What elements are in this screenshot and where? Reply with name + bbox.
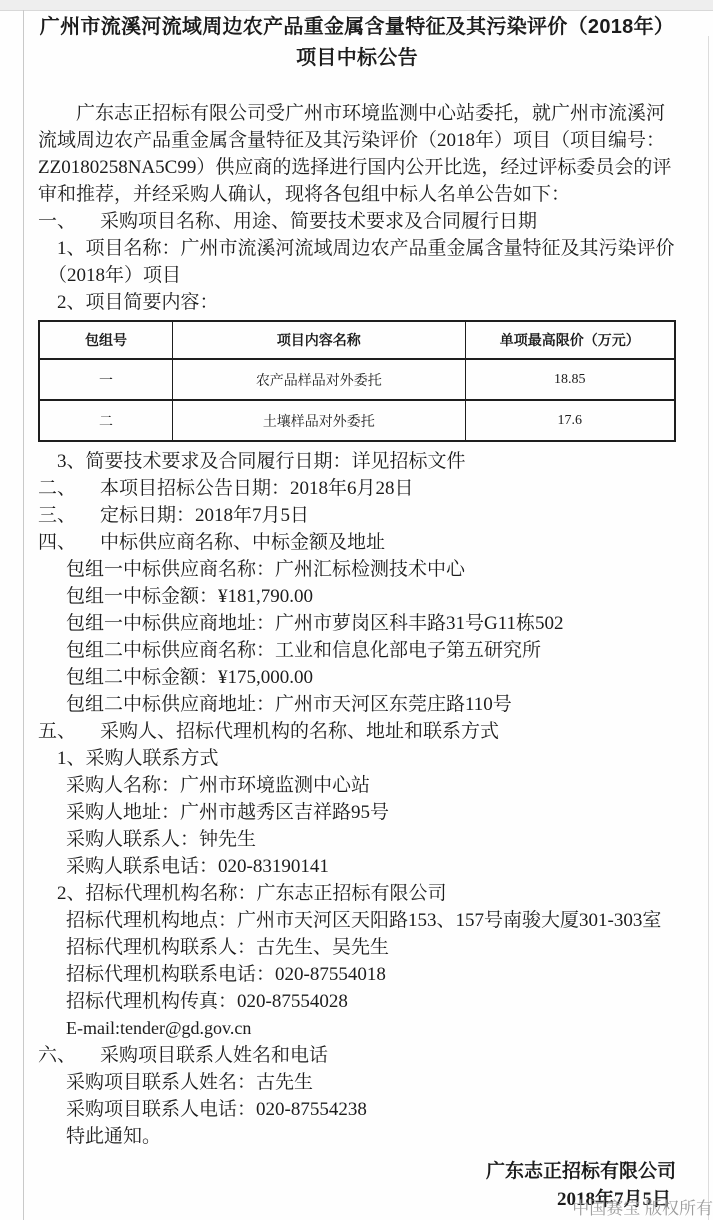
purchaser-subheading: 1、采购人联系方式 [38,745,676,772]
project-contact-name: 采购项目联系人姓名：古先生 [38,1069,676,1096]
award-pkg1-supplier-name: 包组一中标供应商名称：广州汇标检测技术中心 [38,556,676,583]
section-5-number: 五、 [38,718,100,745]
agency-address: 招标代理机构地点：广州市天河区天阳路153、157号南骏大厦301-303室 [38,907,676,934]
section-3-heading: 三、定标日期：2018年7月5日 [38,502,676,529]
table-cell-content-name: 农产品样品对外委托 [173,359,466,400]
agency-fax: 招标代理机构传真：020-87554028 [38,988,676,1015]
table-header-row: 包组号 项目内容名称 单项最高限价（万元） [39,321,675,359]
section-2-heading: 二、本项目招标公告日期：2018年6月28日 [38,475,676,502]
award-pkg1-amount: 包组一中标金额：¥181,790.00 [38,583,676,610]
table-cell-package-no: 一 [39,359,173,400]
section-6-heading: 六、采购项目联系人姓名和电话 [38,1042,676,1069]
section-2-number: 二、 [38,475,100,502]
notice-line: 特此通知。 [38,1123,676,1150]
purchaser-contact-person: 采购人联系人：钟先生 [38,826,676,853]
section-4-number: 四、 [38,529,100,556]
award-pkg2-amount: 包组二中标金额：¥175,000.00 [38,664,676,691]
purchaser-name: 采购人名称：广州市环境监测中心站 [38,772,676,799]
table-cell-max-price: 18.85 [465,359,675,400]
award-pkg2-address: 包组二中标供应商地址：广州市天河区东莞庄路110号 [38,691,676,718]
project-contact-phone: 采购项目联系人电话：020-87554238 [38,1096,676,1123]
document-page: 广州市流溪河流域周边农产品重金属含量特征及其污染评价（2018年）项目中标公告 … [0,0,713,1220]
table-header-max-price: 单项最高限价（万元） [465,321,675,359]
agency-phone: 招标代理机构联系电话：020-87554018 [38,961,676,988]
item-project-name: 1、项目名称：广州市流溪河流域周边农产品重金属含量特征及其污染评价（2018年）… [38,235,676,289]
section-6-title: 采购项目联系人姓名和电话 [100,1045,328,1066]
agency-contact-person: 招标代理机构联系人：古先生、吴先生 [38,934,676,961]
agency-subheading: 2、招标代理机构名称：广东志正招标有限公司 [38,880,676,907]
section-1-title: 采购项目名称、用途、简要技术要求及合同履行日期 [100,211,537,232]
item-project-brief: 2、项目简要内容： [38,289,676,316]
agency-email: E-mail:tender@gd.gov.cn [38,1015,676,1042]
document-content: 广州市流溪河流域周边农产品重金属含量特征及其污染评价（2018年）项目中标公告 … [0,0,713,1214]
item-tech-requirements: 3、简要技术要求及合同履行日期：详见招标文件 [38,448,676,475]
signature-company: 广东志正招标有限公司 [38,1158,676,1186]
copyright-watermark: 中国赛宝 版权所有 [572,1194,713,1219]
section-5-title: 采购人、招标代理机构的名称、地址和联系方式 [100,721,499,742]
section-3-title: 定标日期：2018年7月5日 [100,505,309,526]
table-header-package-no: 包组号 [39,321,173,359]
purchaser-address: 采购人地址：广州市越秀区吉祥路95号 [38,799,676,826]
table-cell-content-name: 土壤样品对外委托 [173,400,466,441]
package-table: 包组号 项目内容名称 单项最高限价（万元） 一 农产品样品对外委托 18.85 … [38,320,676,442]
section-4-heading: 四、中标供应商名称、中标金额及地址 [38,529,676,556]
section-6-number: 六、 [38,1042,100,1069]
table-row: 二 土壤样品对外委托 17.6 [39,400,675,441]
section-1-number: 一、 [38,208,100,235]
page-title: 广州市流溪河流域周边农产品重金属含量特征及其污染评价（2018年）项目中标公告 [38,12,676,74]
intro-paragraph: 广东志正招标有限公司受广州市环境监测中心站委托，就广州市流溪河流域周边农产品重金… [38,100,676,208]
table-cell-max-price: 17.6 [465,400,675,441]
purchaser-phone: 采购人联系电话：020-83190141 [38,853,676,880]
section-2-title: 本项目招标公告日期：2018年6月28日 [100,478,414,499]
table-header-content-name: 项目内容名称 [173,321,466,359]
section-3-number: 三、 [38,502,100,529]
section-4-title: 中标供应商名称、中标金额及地址 [100,532,385,553]
award-pkg2-supplier-name: 包组二中标供应商名称：工业和信息化部电子第五研究所 [38,637,676,664]
section-5-heading: 五、采购人、招标代理机构的名称、地址和联系方式 [38,718,676,745]
award-pkg1-address: 包组一中标供应商地址：广州市萝岗区科丰路31号G11栋502 [38,610,676,637]
section-1-heading: 一、采购项目名称、用途、简要技术要求及合同履行日期 [38,208,676,235]
table-row: 一 农产品样品对外委托 18.85 [39,359,675,400]
table-cell-package-no: 二 [39,400,173,441]
